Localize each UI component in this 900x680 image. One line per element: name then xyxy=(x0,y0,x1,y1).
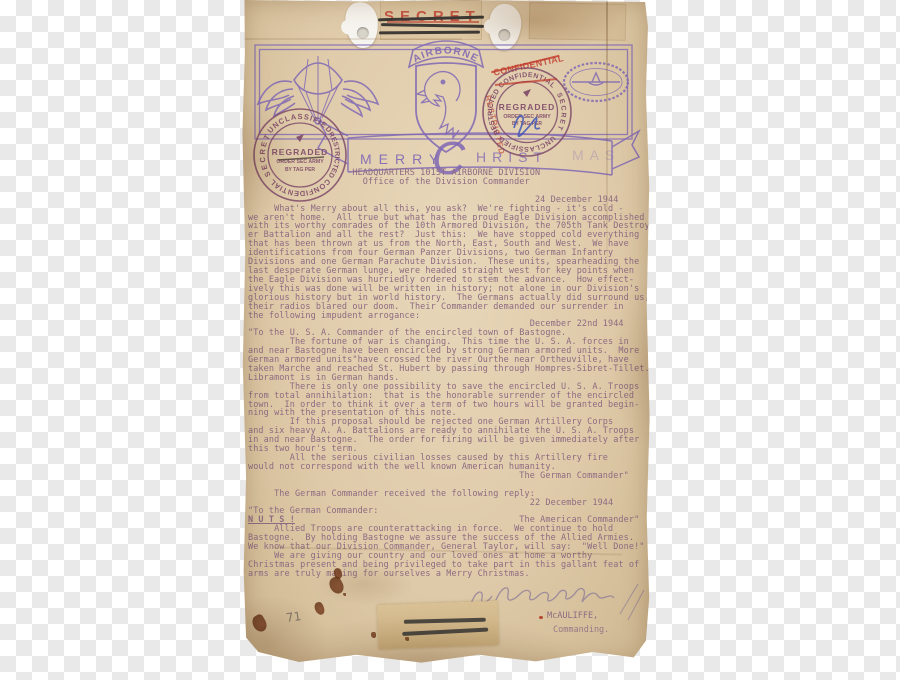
pencil-redaction-stroke xyxy=(404,618,486,624)
glider-badge xyxy=(564,63,628,101)
stamp-arrow-glyph xyxy=(296,134,304,142)
horizontal-crease xyxy=(242,38,462,40)
banner-word-hrist: HRIST xyxy=(476,149,548,165)
ink-blot xyxy=(313,601,327,617)
stamp-regraded: REGRADED xyxy=(499,102,556,112)
stamp-regraded: REGRADED xyxy=(272,147,329,157)
ink-blot xyxy=(405,637,409,641)
parachutist-wings-badge xyxy=(258,56,378,124)
stamp-order-sec-army: ORDER SEC ARMY xyxy=(503,114,551,120)
pencil-redaction-stroke xyxy=(402,628,488,636)
regraded-stamp-right: CONFIDENTIAL SECRET UNCLASSIFIED RESTRIC… xyxy=(483,68,571,156)
stamp-arc-secret: SECRET xyxy=(555,92,567,132)
tape-redaction-patch xyxy=(377,601,498,649)
transparency-canvas: SECRET AI xyxy=(0,0,900,680)
ink-blot xyxy=(343,593,346,596)
letter-document: SECRET AI xyxy=(242,0,650,664)
svg-text:SECRET: SECRET xyxy=(555,92,567,132)
letter-upper-text: HEADQUARTERS 101ST AIRBORNE DIVISION Off… xyxy=(248,169,648,516)
pencil-annotation: 71 xyxy=(285,609,302,625)
banner-word-mas-faded: MAS xyxy=(572,147,620,163)
ink-blot xyxy=(371,632,376,638)
red-ink-speck xyxy=(539,616,543,619)
signature-typed-name: McAULIFFE, xyxy=(547,612,598,621)
nuts-reply-text: N U T S ! xyxy=(248,516,295,525)
typed-letter-body: HEADQUARTERS 101ST AIRBORNE DIVISION Off… xyxy=(248,169,648,579)
vertical-fold-crease xyxy=(606,0,608,320)
ink-blot xyxy=(250,613,270,634)
stamp-arrow-glyph xyxy=(523,89,531,97)
signature-typed-title: Commanding. xyxy=(553,625,609,635)
